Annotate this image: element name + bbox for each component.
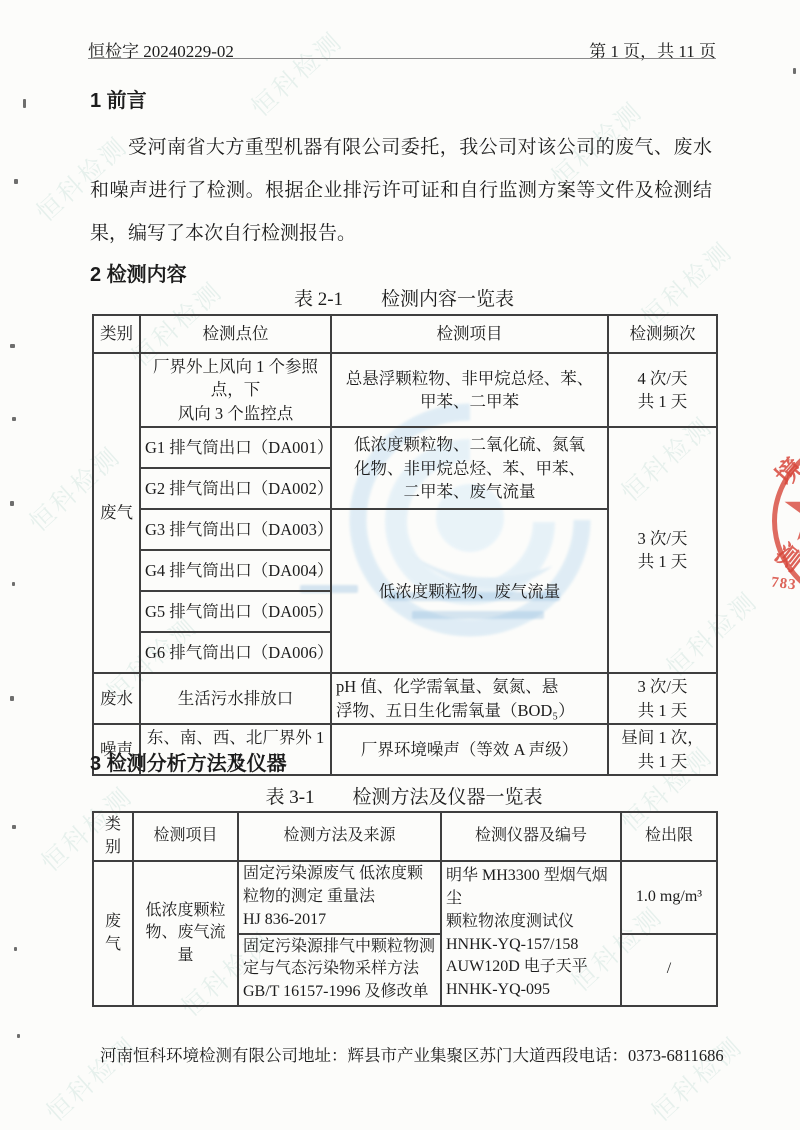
table-row: 废气 低浓度颗粒物、废气流量 固定污染源废气 低浓度颗粒物的测定 重量法 HJ … — [93, 861, 717, 933]
col-header-method: 检测方法及来源 — [238, 812, 441, 861]
point-cell: 厂界外上风向 1 个参照点，下 风向 3 个监控点 — [140, 353, 331, 427]
footer-phone: 电话：0373-6811686 — [579, 1042, 724, 1066]
scan-artifact — [12, 825, 16, 829]
frequency-cell: 昼间 1 次， 共 1 天 — [608, 724, 717, 775]
category-cell: 废气 — [93, 861, 133, 1005]
footer-company: 河南恒科环境检测有限公司 — [100, 1042, 298, 1066]
seal-digits: 783 — [770, 575, 797, 595]
point-cell: 生活污水排放口 — [140, 673, 331, 724]
items-cell: 总悬浮颗粒物、非甲烷总烃、苯、 甲苯、二甲苯 — [331, 353, 608, 427]
items-cell: 低浓度颗粒物、二氧化硫、氮氧 化物、非甲烷总烃、苯、甲苯、 二甲苯、废气流量 — [331, 427, 608, 509]
table-2-1-title: 表 2-1 检测内容一览表 — [92, 284, 716, 311]
category-cell: 废气 — [93, 353, 140, 673]
method-cell: 固定污染源排气中颗粒物测定与气态污染物采样方法 GB/T 16157-1996 … — [238, 934, 441, 1006]
table-row: 废水 生活污水排放口 pH 值、化学需氧量、氨氮、悬 浮物、五日生化需氧量（BO… — [93, 673, 717, 724]
point-cell: G4 排气筒出口（DA004） — [140, 550, 331, 591]
point-cell: G3 排气筒出口（DA003） — [140, 509, 331, 550]
frequency-cell: 4 次/天 共 1 天 — [608, 353, 717, 427]
method-cell: 固定污染源废气 低浓度颗粒物的测定 重量法 HJ 836-2017 — [238, 861, 441, 933]
frequency-cell: 3 次/天 共 1 天 — [608, 427, 717, 673]
instrument-cell: 明华 MH3300 型烟气烟尘 颗粒物浓度测试仪 HNHK-YQ-157/158… — [441, 861, 621, 1005]
col-header-frequency: 检测频次 — [608, 315, 717, 353]
table-2-1: 类别 检测点位 检测项目 检测频次 废气 厂界外上风向 1 个参照点，下 风向 … — [92, 314, 718, 776]
items-cell: 厂界环境噪声（等效 A 声级） — [331, 724, 608, 775]
limit-cell: 1.0 mg/m³ — [621, 861, 717, 933]
table-row: G1 排气筒出口（DA001） 低浓度颗粒物、二氧化硫、氮氧 化物、非甲烷总烃、… — [93, 427, 717, 468]
table-row: 类别 检测点位 检测项目 检测频次 — [93, 315, 717, 353]
scan-artifact — [14, 179, 18, 184]
col-header-category: 类别 — [93, 315, 140, 353]
item-cell: 低浓度颗粒物、废气流量 — [133, 861, 238, 1005]
col-header-item: 检测项目 — [133, 812, 238, 861]
limit-cell: / — [621, 934, 717, 1006]
items-cell: pH 值、化学需氧量、氨氮、悬 浮物、五日生化需氧量（BOD₅） — [331, 673, 608, 724]
point-cell: G1 排气筒出口（DA001） — [140, 427, 331, 468]
scan-artifact — [12, 582, 15, 586]
table-row: 废气 厂界外上风向 1 个参照点，下 风向 3 个监控点 总悬浮颗粒物、非甲烷总… — [93, 353, 717, 427]
header-rule — [88, 58, 716, 59]
section-1-heading: 1 前言 — [90, 84, 147, 113]
scan-artifact — [10, 696, 14, 701]
preface-paragraph: 受河南省大方重型机器有限公司委托，我公司对该公司的废气、废水和噪声进行了检测。根… — [90, 126, 712, 255]
footer-address: 地址：辉县市产业集聚区苏门大道西段 — [298, 1042, 579, 1066]
col-header-limit: 检出限 — [621, 812, 717, 861]
section-2-heading: 2 检测内容 — [90, 258, 187, 287]
point-cell: G5 排气筒出口（DA005） — [140, 591, 331, 632]
frequency-cell: 3 次/天 共 1 天 — [608, 673, 717, 724]
col-header-point: 检测点位 — [140, 315, 331, 353]
col-header-instrument: 检测仪器及编号 — [441, 812, 621, 861]
scan-artifact — [793, 68, 796, 74]
col-header-items: 检测项目 — [331, 315, 608, 353]
section-3-heading: 3 检测分析方法及仪器 — [90, 747, 287, 776]
point-cell: G6 排气筒出口（DA006） — [140, 632, 331, 673]
category-cell: 废水 — [93, 673, 140, 724]
point-cell: G2 排气筒出口（DA002） — [140, 468, 331, 509]
table-row: 类别 检测项目 检测方法及来源 检测仪器及编号 检出限 — [93, 812, 717, 861]
table-3-1-title: 表 3-1 检测方法及仪器一览表 — [92, 782, 716, 809]
table-3-1: 类别 检测项目 检测方法及来源 检测仪器及编号 检出限 废气 低浓度颗粒物、废气… — [92, 811, 718, 1007]
scan-artifact — [10, 501, 14, 506]
scan-artifact — [14, 947, 17, 951]
scan-artifact — [10, 344, 15, 348]
items-cell: 低浓度颗粒物、废气流量 — [331, 509, 608, 673]
scanned-report-page: 恒科检测 恒科检测 恒科检测 恒科检测 恒科检测 恒科检测 恒科检测 恒科检测 … — [0, 0, 800, 1130]
scan-artifact — [12, 417, 16, 421]
col-header-category: 类别 — [93, 812, 133, 861]
scan-artifact — [23, 99, 26, 108]
scan-artifact — [17, 1034, 20, 1038]
page-footer: 河南恒科环境检测有限公司 地址：辉县市产业集聚区苏门大道西段 电话：0373-6… — [100, 1042, 710, 1066]
